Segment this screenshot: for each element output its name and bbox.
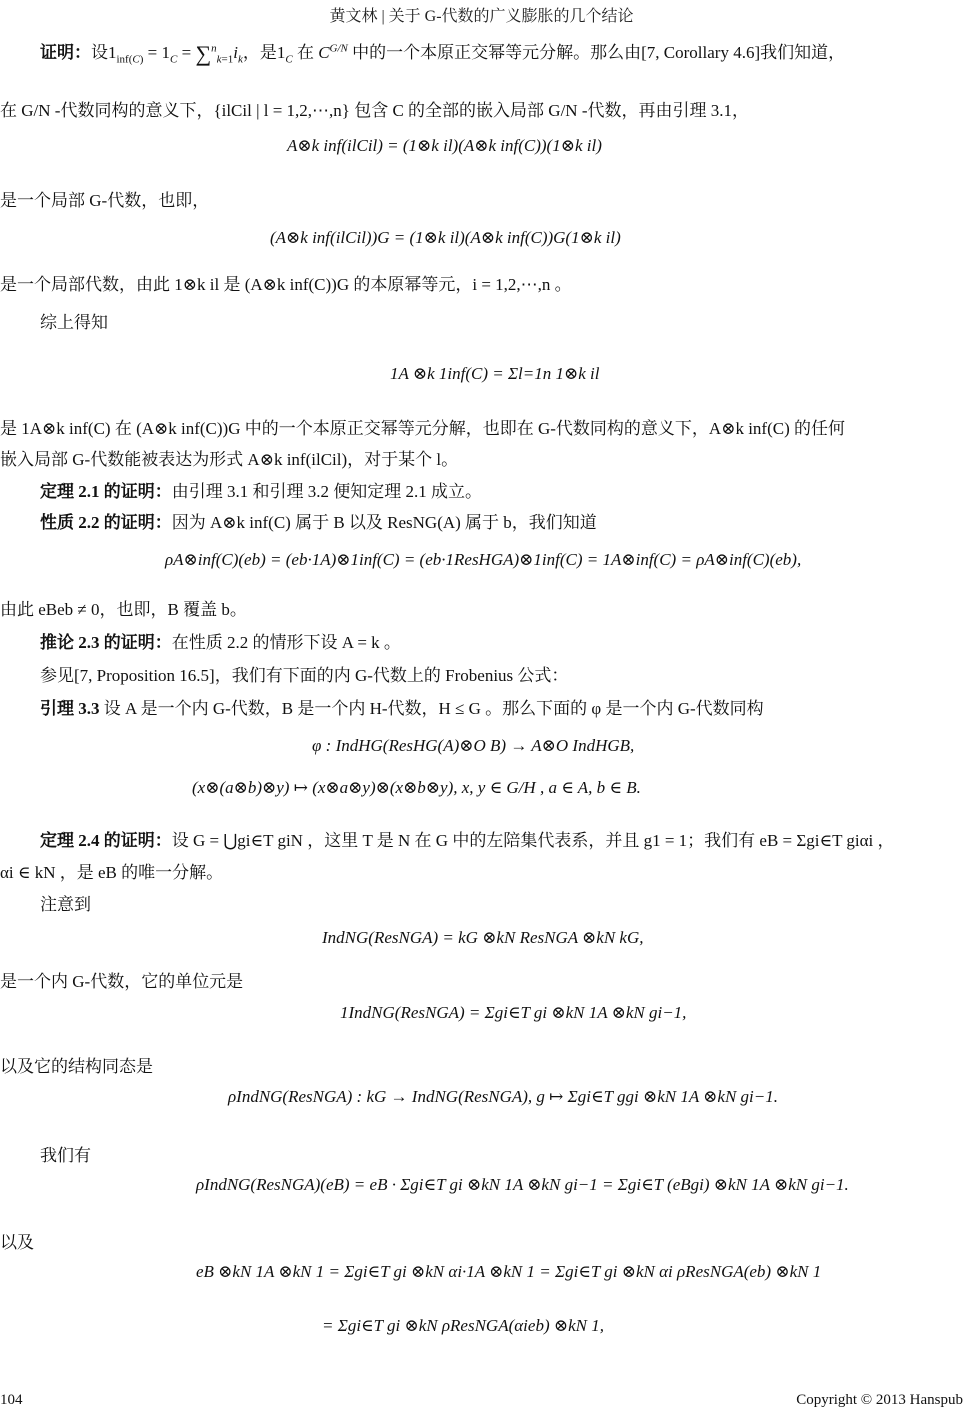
page-number: 104: [0, 1392, 23, 1409]
proof-theorem-2-1: 定理 2.1 的证明：由引理 3.1 和引理 3.2 便知定理 2.1 成立。: [40, 477, 482, 502]
text: 设 G = ⋃gi∈T giN ，这里 T 是 N 在 G 中的左陪集代表系，并…: [172, 831, 895, 850]
equation-1: A⊗k inf(ilCil) = (1⊗k il)(A⊗k inf(C))(1⊗…: [287, 136, 602, 156]
paragraph-16: 注意到: [40, 890, 91, 915]
equation-6: (x⊗(a⊗b)⊗y) ↦ (x⊗a⊗y)⊗(x⊗b⊗y), x, y ∈ G/…: [192, 778, 641, 798]
proof-label: 证明：: [40, 43, 91, 62]
proof-label: 定理 2.4 的证明：: [40, 831, 172, 850]
proof-corollary-2-3: 推论 2.3 的证明：在性质 2.2 的情形下设 A = k 。: [40, 628, 401, 653]
paragraph-12: 参见[7, Proposition 16.5]，我们有下面的内 G-代数上的 F…: [40, 661, 568, 686]
proof-paragraph-1: 证明：设1inf(C) = 1C = ∑nk=1ik，是1C 在 CG/N 中的…: [40, 38, 845, 67]
paragraph-4: 是一个局部代数，由此 1⊗k il 是 (A⊗k inf(C))G 的本原幂等元…: [0, 270, 572, 295]
paragraph-19: 我们有: [40, 1141, 91, 1166]
inline-math: 1inf(C) = 1C = ∑nk=1ik: [108, 43, 243, 62]
paragraph-5: 综上得知: [40, 308, 108, 333]
paragraph-20: 以及: [0, 1228, 34, 1253]
proof-label: 性质 2.2 的证明：: [40, 513, 172, 532]
paragraph-18: 以及它的结构同态是: [0, 1052, 153, 1077]
text: 在性质 2.2 的情形下设 A = k 。: [172, 633, 401, 652]
paragraph-6: 是 1A⊗k inf(C) 在 (A⊗k inf(C))G 中的一个本原正交幂等…: [0, 414, 845, 439]
inline-math: CG/N: [318, 43, 348, 62]
copyright-notice: Copyright © 2013 Hanspub: [796, 1392, 963, 1409]
paragraph-15: αi ∈ kN ，是 eB 的唯一分解。: [0, 858, 223, 883]
equation-9: ρIndNG(ResNGA) : kG → IndNG(ResNGA), g ↦…: [228, 1087, 778, 1107]
lemma-label: 引理 3.3: [40, 699, 100, 718]
paragraph-3: 是一个局部 G-代数，也即，: [0, 186, 209, 211]
equation-7: IndNG(ResNGA) = kG ⊗kN ResNGA ⊗kN kG,: [322, 928, 644, 948]
lemma-3-3: 引理 3.3 设 A 是一个内 G-代数，B 是一个内 H-代数，H ≤ G 。…: [40, 694, 764, 719]
equation-8: 1IndNG(ResNGA) = Σgi∈T gi ⊗kN 1A ⊗kN gi−…: [340, 1003, 686, 1023]
text: ，是: [243, 43, 277, 62]
equation-2: (A⊗k inf(ilCil))G = (1⊗k il)(A⊗k inf(C))…: [270, 228, 621, 248]
text: 设: [91, 43, 108, 62]
equation-4: ρA⊗inf(C)(eb) = (eb·1A)⊗1inf(C) = (eb·1R…: [165, 550, 801, 570]
inline-math: 1C: [277, 43, 293, 62]
proof-property-2-2: 性质 2.2 的证明：因为 A⊗k inf(C) 属于 B 以及 ResNG(A…: [40, 508, 597, 533]
paragraph-10: 由此 eBeb ≠ 0，也即，B 覆盖 b。: [0, 595, 247, 620]
paragraph-17: 是一个内 G-代数，它的单位元是: [0, 967, 243, 992]
text: 中的一个本原正交幂等元分解。那么由[7, Corollary 4.6]我们知道，: [348, 43, 845, 62]
text: 在: [293, 43, 319, 62]
proof-label: 定理 2.1 的证明：: [40, 482, 172, 501]
equation-12: = Σgi∈T gi ⊗kN ρResNGA(αieb) ⊗kN 1,: [322, 1316, 604, 1336]
text: 因为 A⊗k inf(C) 属于 B 以及 ResNG(A) 属于 b，我们知道: [172, 513, 597, 532]
proof-theorem-2-4: 定理 2.4 的证明：设 G = ⋃gi∈T giN ，这里 T 是 N 在 G…: [40, 826, 895, 851]
proof-label: 推论 2.3 的证明：: [40, 633, 172, 652]
text: 由引理 3.1 和引理 3.2 便知定理 2.1 成立。: [172, 482, 482, 501]
equation-3: 1A ⊗k 1inf(C) = Σl=1n 1⊗k il: [390, 364, 599, 384]
equation-5: φ : IndHG(ResHG(A)⊗O B) → A⊗O IndHGB,: [312, 736, 634, 756]
equation-11: eB ⊗kN 1A ⊗kN 1 = Σgi∈T gi ⊗kN αi·1A ⊗kN…: [196, 1262, 821, 1282]
equation-10: ρIndNG(ResNGA)(eB) = eB · Σgi∈T gi ⊗kN 1…: [196, 1175, 849, 1195]
text: 设 A 是一个内 G-代数，B 是一个内 H-代数，H ≤ G 。那么下面的 φ…: [100, 699, 764, 718]
running-header: 黄文林 | 关于 G-代数的广义膨胀的几个结论: [0, 3, 963, 26]
paragraph-7: 嵌入局部 G-代数能被表达为形式 A⊗k inf(ilCil)，对于某个 l。: [0, 445, 458, 470]
paragraph-2: 在 G/N -代数同构的意义下，{ilCil | l = 1,2,⋯,n} 包含…: [0, 96, 749, 121]
